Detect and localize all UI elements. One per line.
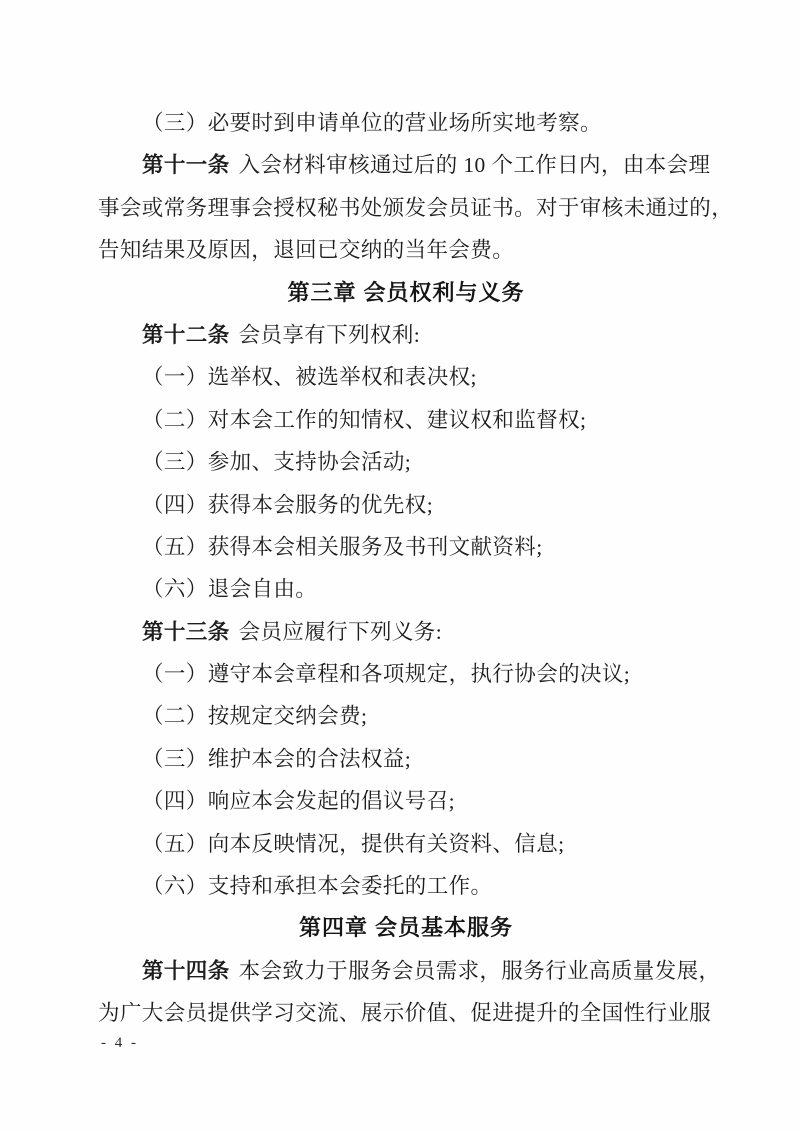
article-number: 第十二条 bbox=[142, 323, 230, 347]
chapter-heading: 第三章 会员权利与义务 bbox=[98, 272, 714, 314]
list-item: （四）获得本会服务的优先权; bbox=[98, 484, 714, 526]
document-page: （三）必要时到申请单位的营业场所实地考察。 第十一条入会材料审核通过后的 10 … bbox=[0, 0, 800, 1131]
article-text: 本会致力于服务会员需求，服务行业高质量发展， bbox=[239, 959, 721, 983]
article-number: 第十四条 bbox=[142, 959, 230, 983]
chapter-heading: 第四章 会员基本服务 bbox=[98, 907, 714, 949]
list-item: （二）按规定交纳会费; bbox=[98, 695, 714, 737]
list-item: （三）参加、支持协会活动; bbox=[98, 441, 714, 483]
list-item: （二）对本会工作的知情权、建议权和监督权; bbox=[98, 399, 714, 441]
article-paragraph: 第十四条本会致力于服务会员需求，服务行业高质量发展， bbox=[98, 950, 714, 992]
list-item: （三）必要时到申请单位的营业场所实地考察。 bbox=[98, 102, 714, 144]
list-item: （一）遵守本会章程和各项规定，执行协会的决议; bbox=[98, 653, 714, 695]
document-body: （三）必要时到申请单位的营业场所实地考察。 第十一条入会材料审核通过后的 10 … bbox=[98, 102, 714, 1035]
article-paragraph: 第十二条会员享有下列权利: bbox=[98, 314, 714, 356]
list-item: （三）维护本会的合法权益; bbox=[98, 738, 714, 780]
list-item: （一）选举权、被选举权和表决权; bbox=[98, 356, 714, 398]
article-number: 第十一条 bbox=[142, 153, 230, 177]
list-item: （五）向本反映情况，提供有关资料、信息; bbox=[98, 823, 714, 865]
article-text: 会员应履行下列义务: bbox=[239, 620, 442, 644]
list-item: （六）退会自由。 bbox=[98, 568, 714, 610]
article-paragraph: 第十一条入会材料审核通过后的 10 个工作日内，由本会理 bbox=[98, 144, 714, 186]
article-text: 入会材料审核通过后的 10 个工作日内，由本会理 bbox=[239, 153, 711, 177]
list-item: （六）支持和承担本会委托的工作。 bbox=[98, 865, 714, 907]
article-number: 第十三条 bbox=[142, 620, 230, 644]
list-item: （四）响应本会发起的倡议号召; bbox=[98, 780, 714, 822]
article-paragraph: 第十三条会员应履行下列义务: bbox=[98, 611, 714, 653]
paragraph-line: 事会或常务理事会授权秘书处颁发会员证书。对于审核未通过的， bbox=[98, 187, 714, 229]
paragraph-line: 告知结果及原因，退回已交纳的当年会费。 bbox=[98, 229, 714, 271]
article-text: 会员享有下列权利: bbox=[239, 323, 421, 347]
page-number: - 4 - bbox=[101, 1035, 139, 1052]
list-item: （五）获得本会相关服务及书刊文献资料; bbox=[98, 526, 714, 568]
paragraph-line: 为广大会员提供学习交流、展示价值、促进提升的全国性行业服 bbox=[98, 992, 714, 1034]
